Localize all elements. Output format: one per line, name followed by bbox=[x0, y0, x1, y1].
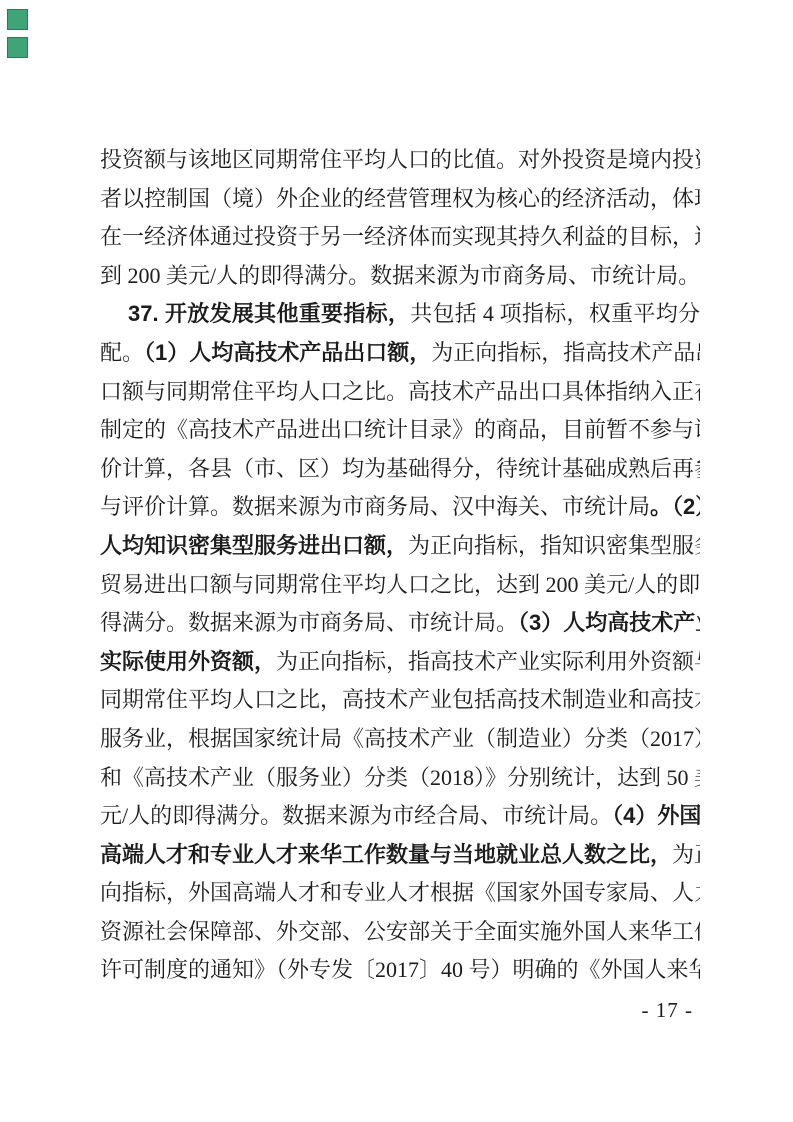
bold-text-run: 人均知识密集型服务进出口额， bbox=[100, 533, 408, 558]
text-run: 得满分。数据来源为市商务局、市统计局。 bbox=[100, 610, 518, 635]
text-run: 资源社会保障部、外交部、公安部关于全面实施外国人来华工作 bbox=[100, 919, 700, 944]
text-run: 到 200 美元/人的即得满分。数据来源为市商务局、市统计局。 bbox=[100, 263, 700, 288]
text-run: 为正向指标，指高技术产品出 bbox=[431, 340, 700, 365]
text-run: 制定的《高技术产品进出口统计目录》的商品，目前暂不参与评 bbox=[100, 417, 700, 442]
text-line: 同期常住平均人口之比，高技术产业包括高技术制造业和高技术 bbox=[100, 681, 700, 720]
page-number: - 17 - bbox=[642, 998, 694, 1023]
bold-text-run: （1）人均高技术产品出口额， bbox=[144, 340, 431, 365]
text-run: 为正向指标，指高技术产业实际利用外资额与 bbox=[276, 649, 700, 674]
text-run: 向指标，外国高端人才和专业人才根据《国家外国专家局、人力 bbox=[100, 880, 700, 905]
text-line: 向指标，外国高端人才和专业人才根据《国家外国专家局、人力 bbox=[100, 874, 700, 913]
text-run: 与评价计算。数据来源为市商务局、汉中海关、市统计局 bbox=[100, 494, 650, 519]
text-line: 资源社会保障部、外交部、公安部关于全面实施外国人来华工作 bbox=[100, 913, 700, 952]
text-line: 贸易进出口额与同期常住平均人口之比，达到 200 美元/人的即 bbox=[100, 566, 700, 605]
text-line: 37. 开放发展其他重要指标，共包括 4 项指标，权重平均分 bbox=[100, 295, 700, 334]
bold-text-run: 高端人才和专业人才来华工作数量与当地就业总人数之比， bbox=[100, 842, 672, 867]
text-line: 许可制度的通知》（外专发〔2017〕40 号）明确的《外国人来华 bbox=[100, 951, 700, 990]
text-run: 许可制度的通知》（外专发〔2017〕40 号）明确的《外国人来华 bbox=[100, 957, 700, 982]
text-line: 在一经济体通过投资于另一经济体而实现其持久利益的目标，达 bbox=[100, 218, 700, 257]
text-line: 人均知识密集型服务进出口额，为正向指标，指知识密集型服务 bbox=[100, 527, 700, 566]
text-run: 在一经济体通过投资于另一经济体而实现其持久利益的目标，达 bbox=[100, 224, 700, 249]
green-square-annotation-icon bbox=[7, 37, 28, 58]
text-line: 与评价计算。数据来源为市商务局、汉中海关、市统计局。（2） bbox=[100, 488, 700, 527]
text-run: 配。 bbox=[100, 340, 144, 365]
bold-text-run: 。（2） bbox=[650, 494, 700, 519]
text-line: 价计算，各县（市、区）均为基础得分，待统计基础成熟后再参 bbox=[100, 450, 700, 489]
green-square-annotation-icon bbox=[7, 9, 28, 30]
text-line: 元/人的即得满分。数据来源为市经合局、市统计局。（4）外国 bbox=[100, 797, 700, 836]
text-run: 贸易进出口额与同期常住平均人口之比，达到 200 美元/人的即 bbox=[100, 572, 700, 597]
document-lines: 投资额与该地区同期常住平均人口的比值。对外投资是境内投资者以控制国（境）外企业的… bbox=[100, 141, 700, 990]
text-line: 者以控制国（境）外企业的经营管理权为核心的经济活动，体现 bbox=[100, 180, 700, 219]
bold-text-run: 实际使用外资额， bbox=[100, 649, 276, 674]
text-line: 高端人才和专业人才来华工作数量与当地就业总人数之比，为正 bbox=[100, 836, 700, 875]
text-run: 和《高技术产业（服务业）分类（2018）》分别统计，达到 50 美 bbox=[100, 765, 700, 790]
text-run: 为正 bbox=[672, 842, 700, 867]
text-run: 同期常住平均人口之比，高技术产业包括高技术制造业和高技术 bbox=[100, 687, 700, 712]
text-run: 者以控制国（境）外企业的经营管理权为核心的经济活动，体现 bbox=[100, 186, 700, 211]
text-run: 共包括 4 项指标，权重平均分 bbox=[410, 301, 700, 326]
text-run: 服务业，根据国家统计局《高技术产业（制造业）分类（2017）》 bbox=[100, 726, 700, 751]
bold-text-run: 37. 开放发展其他重要指标， bbox=[128, 301, 410, 326]
text-line: 到 200 美元/人的即得满分。数据来源为市商务局、市统计局。 bbox=[100, 257, 700, 296]
text-run: 元/人的即得满分。数据来源为市经合局、市统计局。 bbox=[100, 803, 612, 828]
text-line: 制定的《高技术产品进出口统计目录》的商品，目前暂不参与评 bbox=[100, 411, 700, 450]
text-line: 投资额与该地区同期常住平均人口的比值。对外投资是境内投资 bbox=[100, 141, 700, 180]
text-line: 配。（1）人均高技术产品出口额，为正向指标，指高技术产品出 bbox=[100, 334, 700, 373]
text-line: 得满分。数据来源为市商务局、市统计局。（3）人均高技术产业 bbox=[100, 604, 700, 643]
text-line: 口额与同期常住平均人口之比。高技术产品出口具体指纳入正在 bbox=[100, 373, 700, 412]
bold-text-run: （3）人均高技术产业 bbox=[518, 610, 700, 635]
text-line: 和《高技术产业（服务业）分类（2018）》分别统计，达到 50 美 bbox=[100, 759, 700, 798]
text-line: 服务业，根据国家统计局《高技术产业（制造业）分类（2017）》 bbox=[100, 720, 700, 759]
bold-text-run: （4）外国 bbox=[612, 803, 700, 828]
text-run: 投资额与该地区同期常住平均人口的比值。对外投资是境内投资 bbox=[100, 147, 700, 172]
text-line: 实际使用外资额，为正向指标，指高技术产业实际利用外资额与 bbox=[100, 643, 700, 682]
text-run: 为正向指标，指知识密集型服务 bbox=[408, 533, 700, 558]
document-page: 投资额与该地区同期常住平均人口的比值。对外投资是境内投资者以控制国（境）外企业的… bbox=[0, 0, 793, 1122]
text-run: 价计算，各县（市、区）均为基础得分，待统计基础成熟后再参 bbox=[100, 456, 700, 481]
text-run: 口额与同期常住平均人口之比。高技术产品出口具体指纳入正在 bbox=[100, 379, 700, 404]
